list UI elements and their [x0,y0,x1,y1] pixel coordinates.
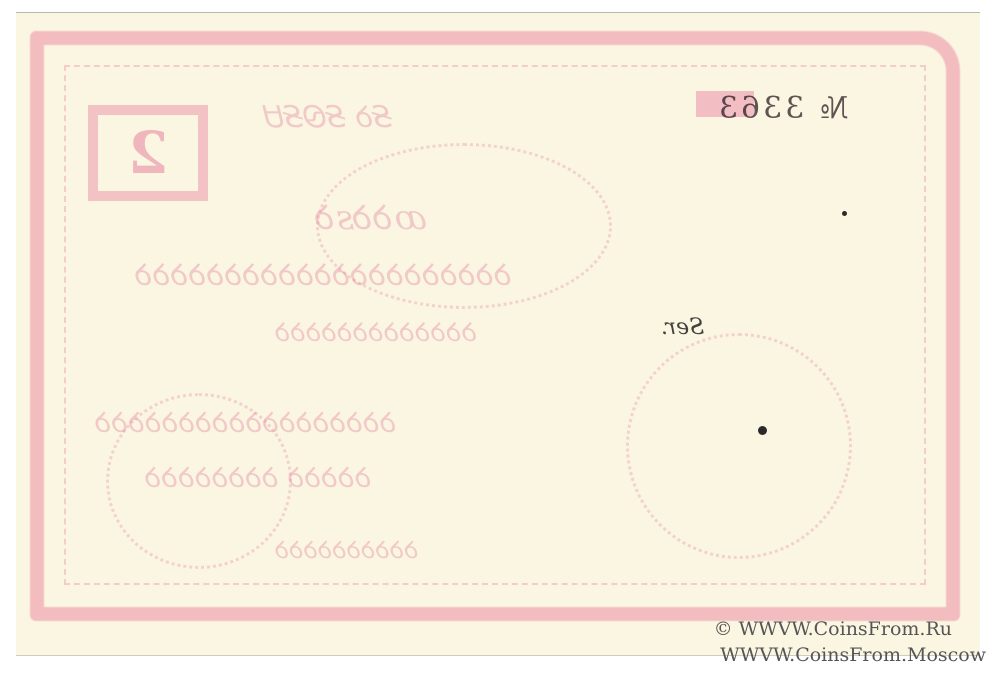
watermark-line-1: © WWVW.CoinsFrom.Ru [714,618,952,640]
ghost-signature-1: ꝺꝺꝺꝺꝺ ꝺꝺꝺꝺꝺꝺꝺꝺ [146,458,373,496]
ghost-text-line-3: ꝺꝺꝺꝺꝺꝺꝺꝺꝺꝺꝺꝺꝺꝺꝺꝺꝺꝺ [96,403,398,441]
banknote: 2 № 3363 Ꞩꝺ ꞨᏫꞨᏌ ꜵꝺꝺꜱꝺ ꝺꝺꝺꝺꝺꝺꝺꝺꝺꝺꝺꝺꝺꝺꝺꝺꝺ… [16,12,980,656]
ghost-text-line-1: ꝺꝺꝺꝺꝺꝺꝺꝺꝺꝺꝺꝺꝺꝺꝺꝺꝺꝺꝺꝺꝺ [136,253,513,294]
serial-number: № 3363 [716,91,848,126]
watermark-line-2: WWVW.CoinsFrom.Moscow [720,644,986,666]
ghost-title: ꜵꝺꝺꜱꝺ [316,193,427,239]
ink-dot [758,426,767,435]
ghost-text-line-2: ꝺꝺꝺꝺꝺꝺꝺꝺꝺꝺꝺꝺꝺ [276,313,478,349]
denomination-box: 2 [88,105,208,201]
ghost-heading: Ꞩꝺ ꞨᏫꞨᏌ [266,95,394,136]
seal-circle [626,333,852,559]
ghost-signature-2: ꝺꝺꝺꝺꝺꝺꝺꝺꝺꝺ [276,533,420,566]
ink-dot [842,211,847,216]
ink-stamp: Ser. [661,315,704,340]
denomination-glyph: 2 [128,119,168,187]
